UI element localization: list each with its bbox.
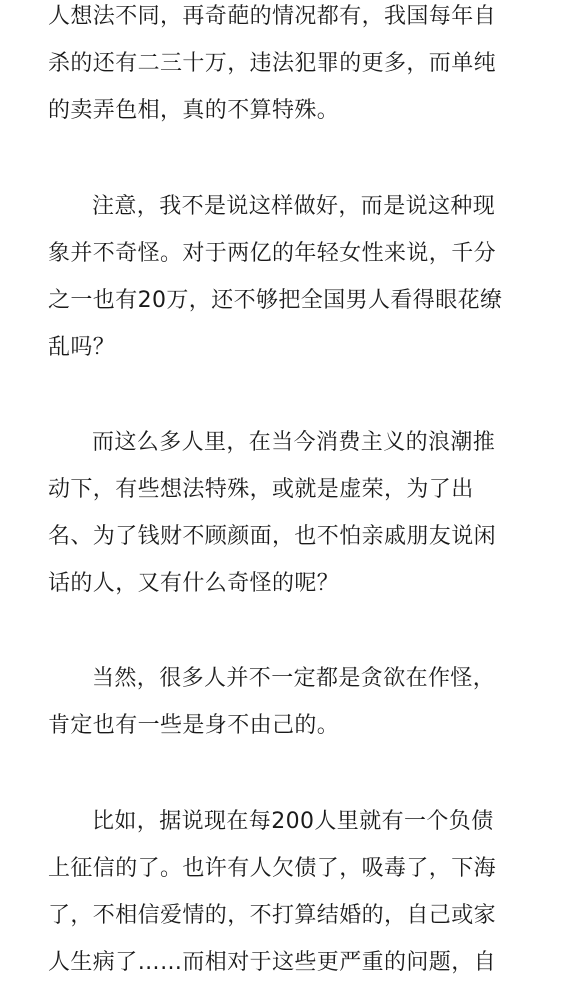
text-line: 杀的还有二三十万，违法犯罪的更多，而单纯 xyxy=(48,49,532,79)
text-line: 人生病了……而相对于这些更严重的问题，自 xyxy=(48,948,532,978)
text-line: 话的人，又有什么奇怪的呢？ xyxy=(48,569,532,599)
text-line: 乱吗？ xyxy=(48,333,532,363)
text-line: 注意，我不是说这样做好，而是说这种现 xyxy=(92,192,532,222)
text-line: 之一也有20万，还不够把全国男人看得眼花缭 xyxy=(48,286,532,316)
text-line: 象并不奇怪。对于两亿的年轻女性来说，千分 xyxy=(48,239,532,269)
text-line: 当然，很多人并不一定都是贪欲在作怪， xyxy=(92,664,532,694)
text-line: 人想法不同，再奇葩的情况都有，我国每年自 xyxy=(48,2,532,32)
text-line: 而这么多人里，在当今消费主义的浪潮推 xyxy=(92,428,532,458)
text-line: 的卖弄色相，真的不算特殊。 xyxy=(48,96,532,126)
text-line: 肯定也有一些是身不由己的。 xyxy=(48,711,532,741)
text-line: 动下，有些想法特殊，或就是虚荣，为了出 xyxy=(48,475,532,505)
text-line: 比如，据说现在每200人里就有一个负债 xyxy=(92,807,532,837)
text-line: 名、为了钱财不顾颜面，也不怕亲戚朋友说闲 xyxy=(48,522,532,552)
text-line: 了，不相信爱情的，不打算结婚的，自己或家 xyxy=(48,901,532,931)
text-line: 上征信的了。也许有人欠债了，吸毒了，下海 xyxy=(48,854,532,884)
